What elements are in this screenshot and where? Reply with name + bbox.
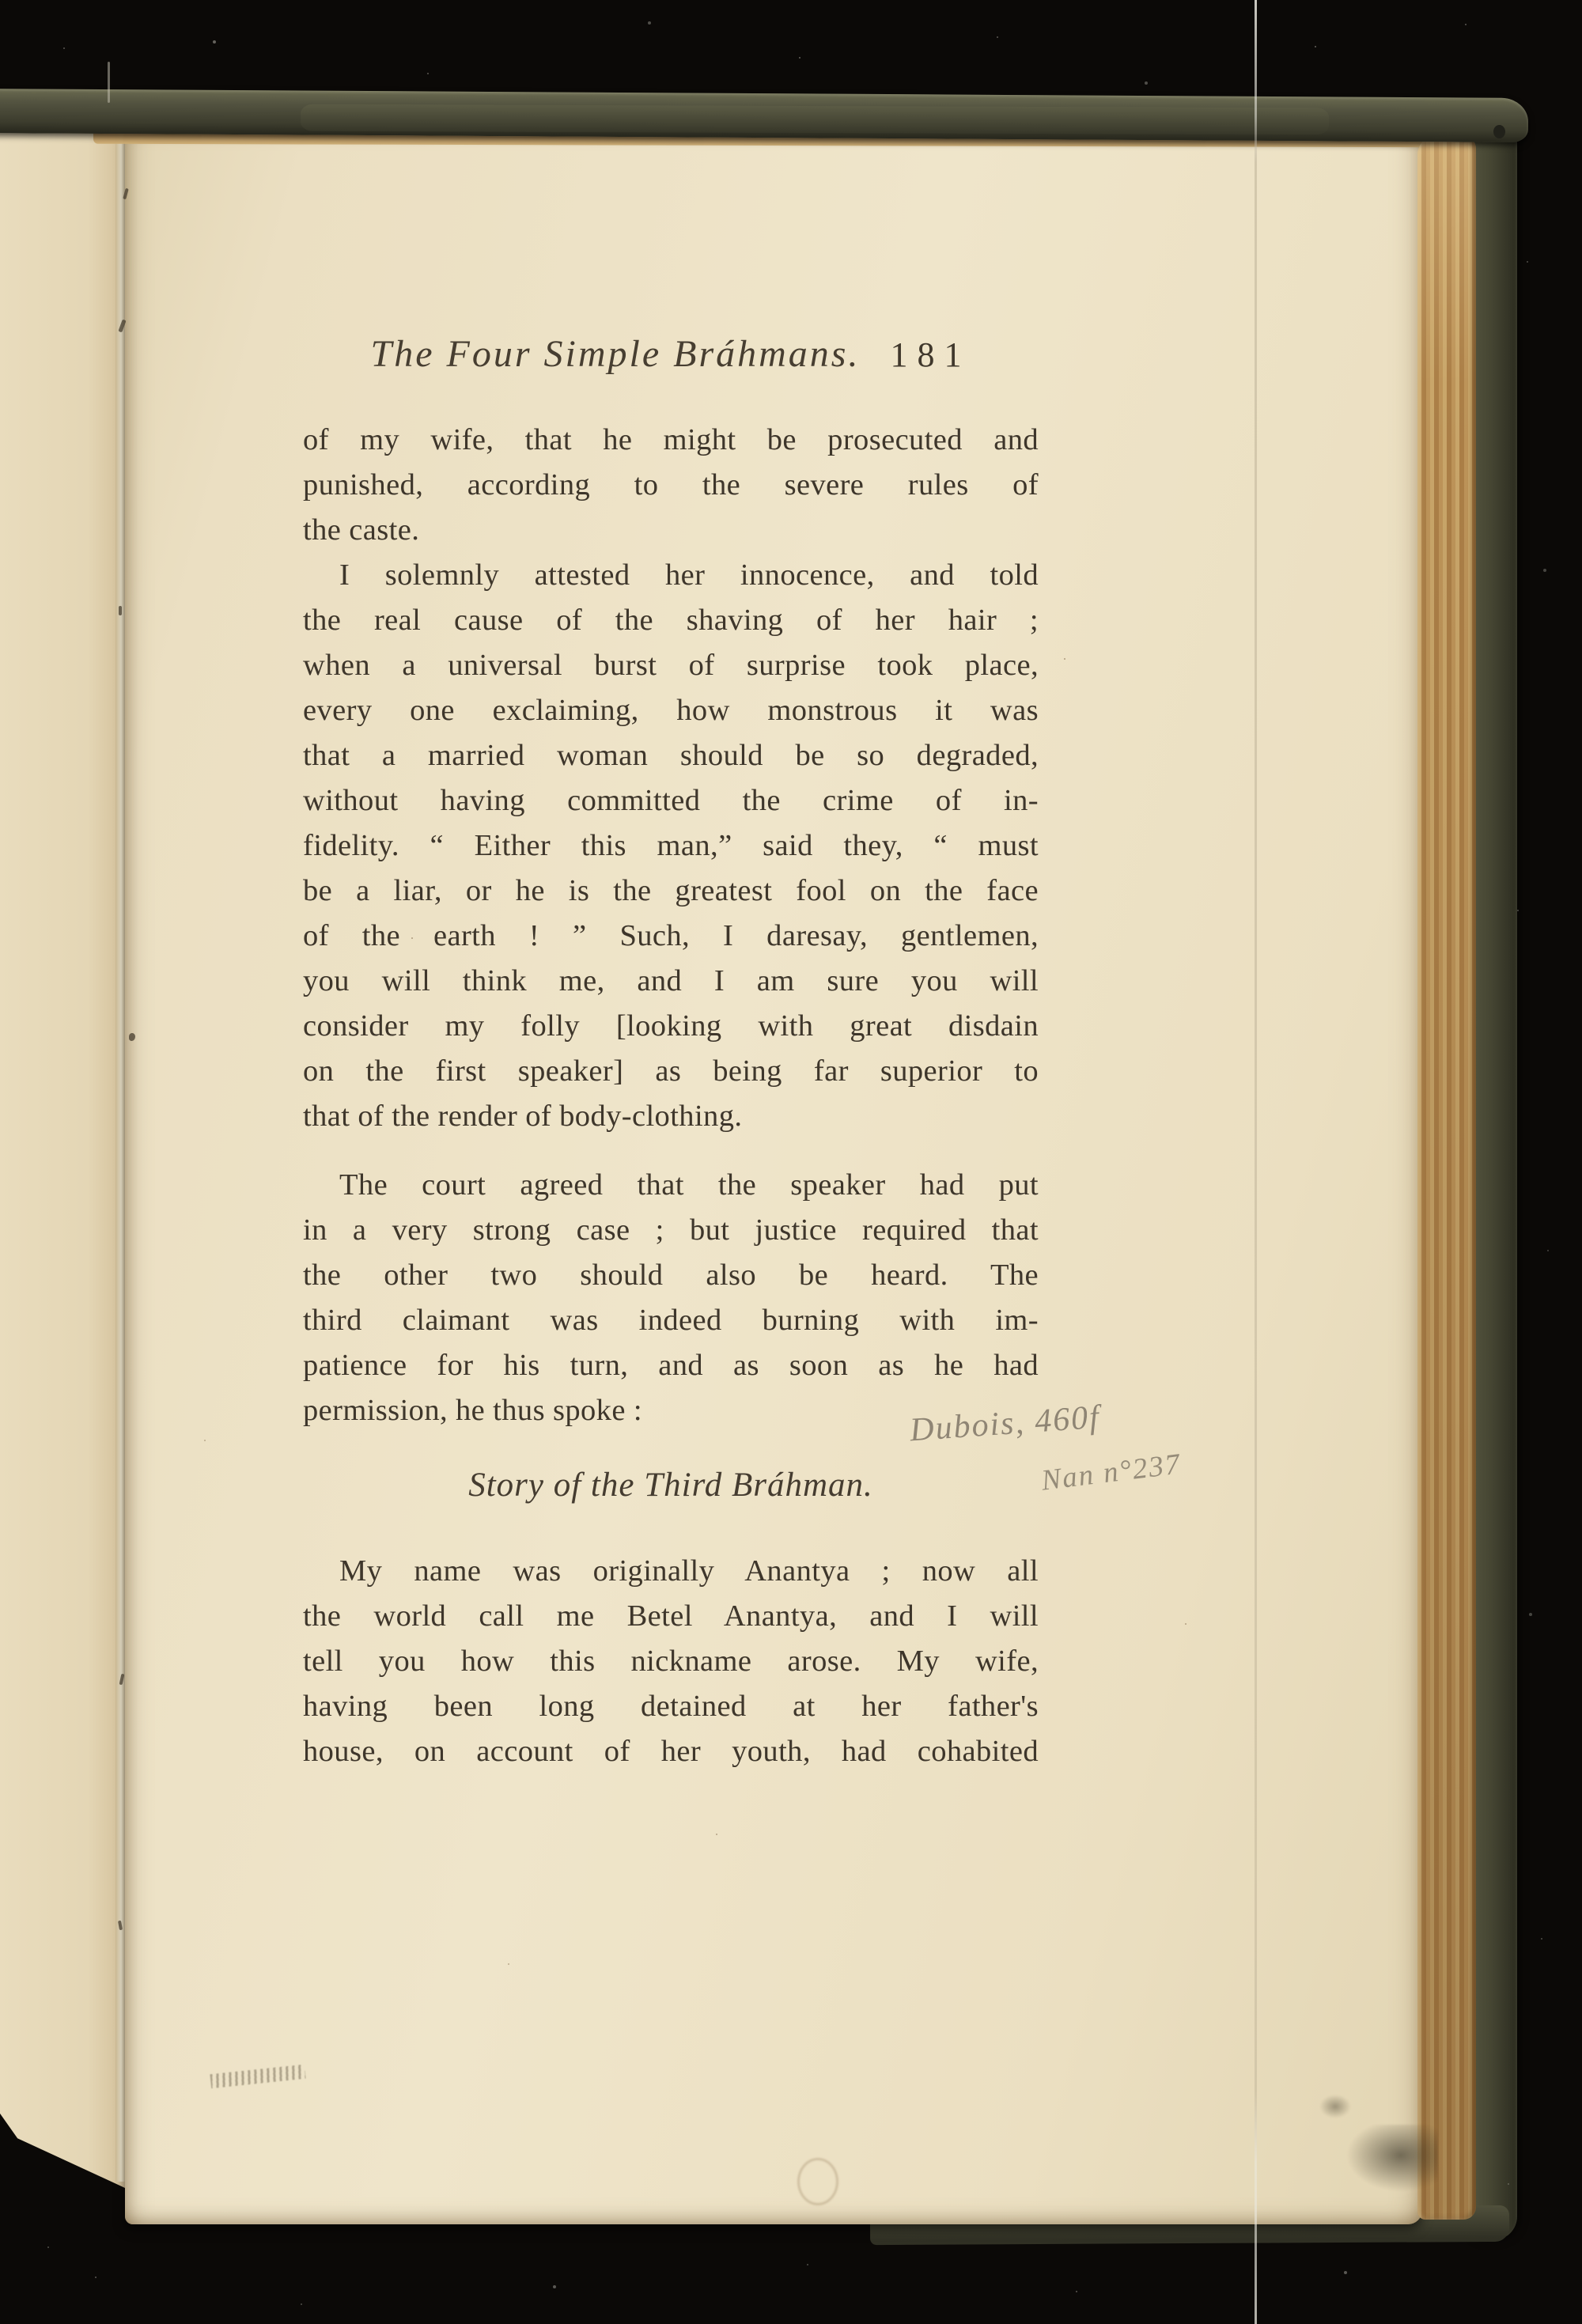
page-number: 181 <box>860 335 971 374</box>
paragraph: My name was originally Anantya ; now all… <box>303 1549 1039 1774</box>
blind-stamp-ring <box>797 2158 838 2205</box>
text-line: tell you how this nickname arose. My wif… <box>303 1639 1039 1684</box>
running-head: The Four Simple Bráhmans.181 <box>303 332 1039 377</box>
text-line: on the first speaker] as being far super… <box>303 1049 1039 1094</box>
text-line: that a married woman should be so degrad… <box>303 733 1039 778</box>
text-line: you will think me, and I am sure you wil… <box>303 959 1039 1004</box>
text-line: punished, according to the severe rules … <box>303 463 1039 508</box>
text-line: consider my folly [looking with great di… <box>303 1004 1039 1049</box>
paragraph: of my wife, that he might be prosecuted … <box>303 418 1039 553</box>
text-line: without having committed the crime of in… <box>303 778 1039 823</box>
ink-smudge <box>1345 2125 1438 2193</box>
text-line: house, on account of her youth, had coha… <box>303 1729 1039 1774</box>
text-line: be a liar, or he is the greatest fool on… <box>303 869 1039 914</box>
text-line: in a very strong case ; but justice requ… <box>303 1208 1039 1253</box>
text-line: The court agreed that the speaker had pu… <box>303 1163 1039 1208</box>
text-line: the caste. <box>303 508 1039 553</box>
text-line: the other two should also be heard. The <box>303 1253 1039 1298</box>
text-block: of my wife, that he might be prosecuted … <box>303 418 1039 1774</box>
scanned-book-photo: { "page": { "running_head": { "title": "… <box>0 0 1582 2324</box>
book-cover-top-edge-shade <box>301 104 1329 135</box>
margin-mark <box>119 606 122 615</box>
ink-smudge <box>1319 2095 1351 2118</box>
book-cover-corner-notch <box>1493 125 1505 138</box>
paragraph: I solemnly attested her innocence, and t… <box>303 553 1039 1139</box>
text-line: My name was originally Anantya ; now all <box>303 1549 1039 1594</box>
text-line: of my wife, that he might be prosecuted … <box>303 418 1039 463</box>
text-line: every one exclaiming, how monstrous it w… <box>303 688 1039 733</box>
running-head-title: The Four Simple Bráhmans. <box>371 333 861 375</box>
text-line: fidelity. “ Either this man,” said they,… <box>303 823 1039 869</box>
section-heading: Story of the Third Bráhman. <box>303 1462 1039 1509</box>
text-line: that of the render of body-clothing. <box>303 1094 1039 1139</box>
text-line: of the earth ! ” Such, I daresay, gentle… <box>303 914 1039 959</box>
text-line: when a universal burst of surprise took … <box>303 643 1039 688</box>
text-line: patience for his turn, and as soon as he… <box>303 1343 1039 1388</box>
paper-specks <box>0 0 2 2</box>
text-line: I solemnly attested her innocence, and t… <box>303 553 1039 598</box>
margin-mark <box>108 62 110 103</box>
fore-edge-page-stack <box>1417 134 1476 2220</box>
text-line: the world call me Betel Anantya, and I w… <box>303 1594 1039 1639</box>
paragraph: The court agreed that the speaker had pu… <box>303 1163 1039 1433</box>
text-line: having been long detained at her father'… <box>303 1684 1039 1729</box>
text-line: the real cause of the shaving of her hai… <box>303 598 1039 643</box>
gutter-page-strip <box>0 119 125 2188</box>
text-line: third claimant was indeed burning with i… <box>303 1298 1039 1343</box>
